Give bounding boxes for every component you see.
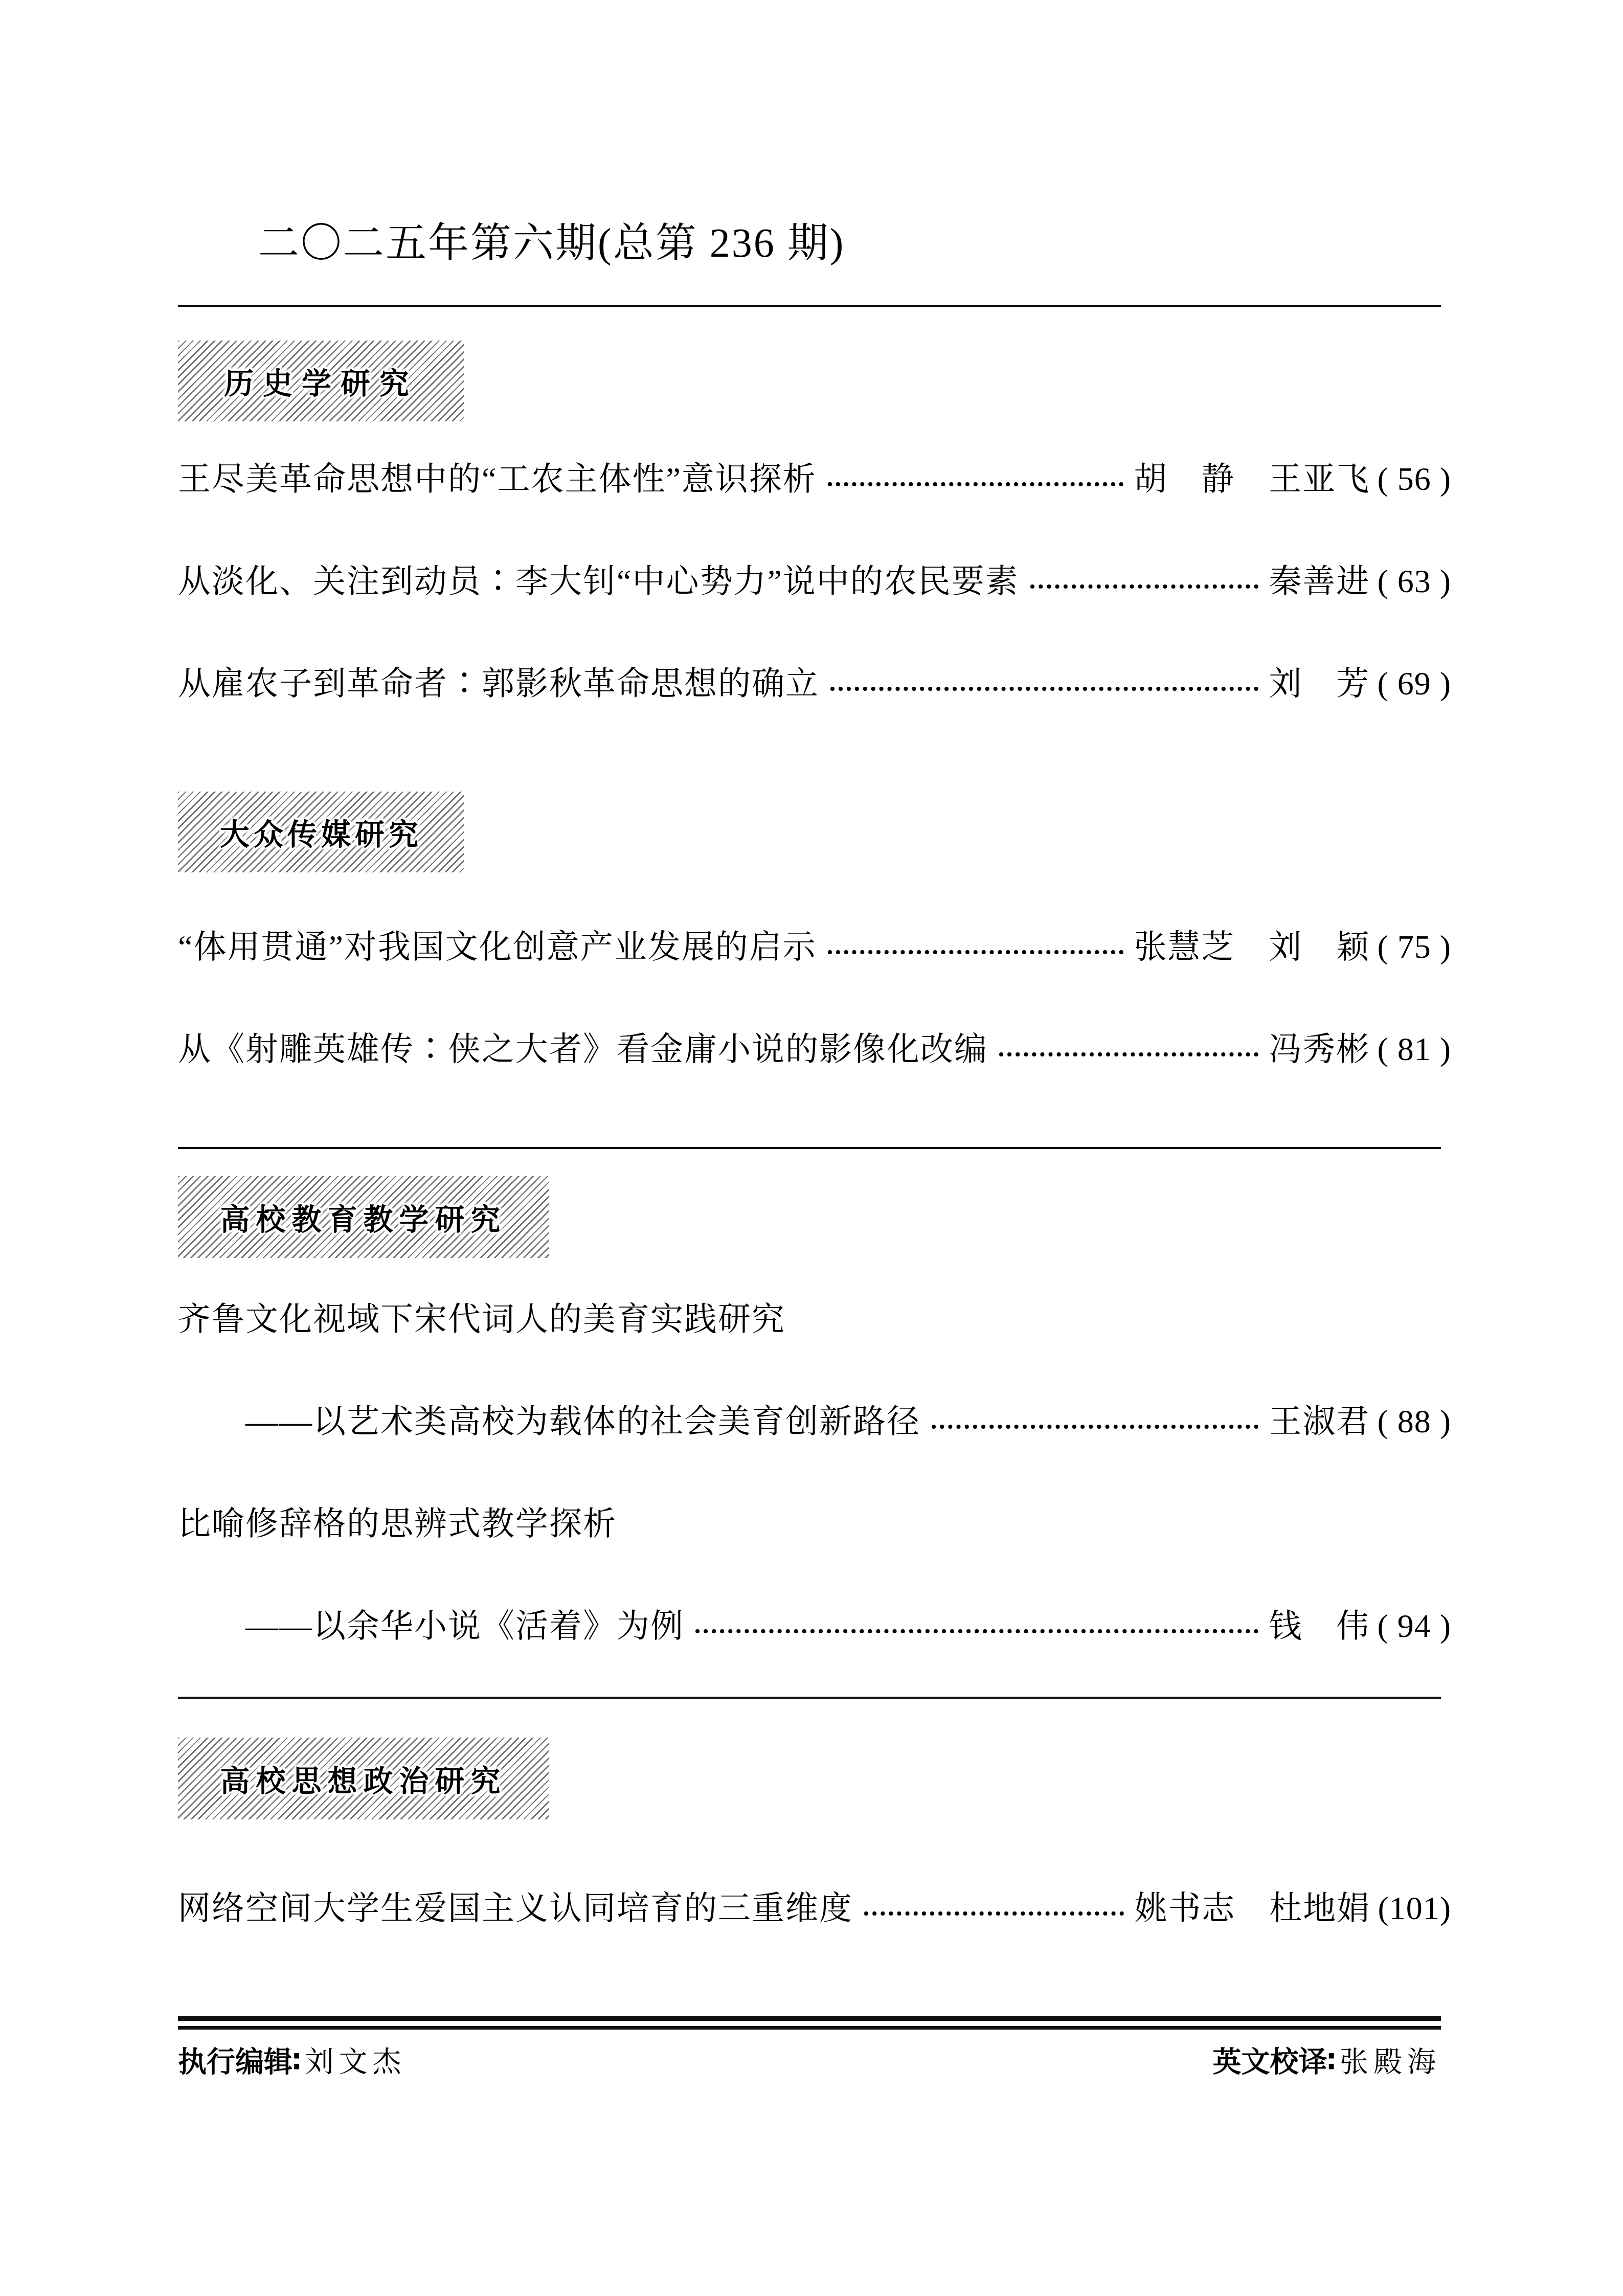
footer: 执行编辑∶刘文杰 英文校译∶张殿海 <box>178 2039 1441 2080</box>
entry-page: ( 94 ) <box>1377 1610 1451 1642</box>
section-heading-higher-education: 高校教育教学研究 <box>178 1176 549 1258</box>
toc-entry: 网络空间大学生爱国主义认同培育的三重维度 姚书志 杜地娟 (101) <box>178 1892 1451 1925</box>
journal-toc-page: 二〇二五年第六期(总第 236 期) 历史学研究 王尽美革命思想中的“工农主体性… <box>0 0 1623 2296</box>
executive-editor-name: 刘文杰 <box>305 2046 406 2078</box>
toc-entry: 从淡化、关注到动员∶李大钊“中心势力”说中的农民要素 秦善进 ( 63 ) <box>178 565 1451 598</box>
entry-title: 齐鲁文化视域下宋代词人的美育实践研究 <box>178 1303 785 1336</box>
entry-authors: 刘 芳 <box>1269 667 1370 700</box>
toc-entry: 王尽美革命思想中的“工农主体性”意识探析 胡 静 王亚飞 ( 56 ) <box>178 463 1451 496</box>
title-divider-rule <box>178 305 1441 307</box>
toc-entry: ——以余华小说《活着》为例 钱 伟 ( 94 ) <box>178 1610 1451 1642</box>
entry-title: 网络空间大学生爱国主义认同培育的三重维度 <box>178 1892 853 1925</box>
section-heading-label: 大众传媒研究 <box>220 811 422 853</box>
entry-title: 从《射雕英雄传∶侠之大者》看金庸小说的影像化改编 <box>178 1033 988 1066</box>
english-proofreader-label: 英文校译∶ <box>1213 2045 1336 2078</box>
entry-page: ( 63 ) <box>1377 565 1451 598</box>
section-heading-history: 历史学研究 <box>178 341 464 421</box>
toc-entry: 齐鲁文化视域下宋代词人的美育实践研究 <box>178 1303 1451 1336</box>
toc-entry: 从《射雕英雄传∶侠之大者》看金庸小说的影像化改编 冯秀彬 ( 81 ) <box>178 1033 1451 1066</box>
entry-page: ( 88 ) <box>1377 1405 1451 1438</box>
entry-authors: 姚书志 杜地娟 <box>1134 1892 1370 1925</box>
section-heading-label: 高校思想政治研究 <box>220 1757 506 1800</box>
toc-entry: ——以艺术类高校为载体的社会美育创新路径 王淑君 ( 88 ) <box>178 1405 1451 1438</box>
section-divider-rule <box>178 1147 1441 1149</box>
section-heading-mass-media: 大众传媒研究 <box>178 792 464 872</box>
dot-leader <box>828 472 1124 486</box>
entry-page: ( 69 ) <box>1377 667 1451 700</box>
toc-entry: 比喻修辞格的思辨式教学探析 <box>178 1507 1451 1540</box>
entry-page: ( 56 ) <box>1377 463 1451 496</box>
entry-page: ( 75 ) <box>1377 931 1451 963</box>
entry-title: “体用贯通”对我国文化创意产业发展的启示 <box>178 931 817 963</box>
section-heading-label: 历史学研究 <box>224 359 418 402</box>
entry-subtitle: ——以艺术类高校为载体的社会美育创新路径 <box>245 1405 920 1438</box>
section-heading-label: 高校教育教学研究 <box>220 1196 506 1239</box>
english-proofreader-name: 张殿海 <box>1340 2046 1441 2078</box>
footer-double-rule-top <box>178 2016 1441 2021</box>
toc-entry: “体用贯通”对我国文化创意产业发展的启示 张慧芝 刘 颖 ( 75 ) <box>178 931 1451 963</box>
dot-leader <box>830 677 1258 691</box>
executive-editor-label: 执行编辑∶ <box>178 2045 301 2078</box>
dot-leader <box>1030 574 1259 589</box>
english-proofreader: 英文校译∶张殿海 <box>1213 2039 1441 2080</box>
entry-page: ( 81 ) <box>1377 1033 1451 1066</box>
dot-leader <box>864 1901 1124 1916</box>
footer-double-rule-bottom <box>178 2026 1441 2030</box>
entry-title: 王尽美革命思想中的“工农主体性”意识探析 <box>178 463 817 496</box>
executive-editor: 执行编辑∶刘文杰 <box>178 2039 406 2080</box>
entry-authors: 钱 伟 <box>1269 1610 1370 1642</box>
dot-leader <box>828 940 1124 954</box>
issue-title: 二〇二五年第六期(总第 236 期) <box>258 219 845 268</box>
entry-authors: 张慧芝 刘 颖 <box>1134 931 1370 963</box>
section-heading-ideological-political: 高校思想政治研究 <box>178 1738 549 1819</box>
entry-authors: 王淑君 <box>1269 1405 1370 1438</box>
entry-title: 比喻修辞格的思辨式教学探析 <box>178 1507 617 1540</box>
toc-entry: 从雇农子到革命者∶郭影秋革命思想的确立 刘 芳 ( 69 ) <box>178 667 1451 700</box>
entry-authors: 秦善进 <box>1269 565 1370 598</box>
entry-authors: 冯秀彬 <box>1269 1033 1370 1066</box>
entry-authors: 胡 静 王亚飞 <box>1134 463 1370 496</box>
entry-title: 从雇农子到革命者∶郭影秋革命思想的确立 <box>178 667 819 700</box>
entry-page: (101) <box>1378 1892 1451 1925</box>
dot-leader <box>999 1042 1258 1056</box>
entry-subtitle: ——以余华小说《活着》为例 <box>245 1610 684 1642</box>
section-divider-rule <box>178 1697 1441 1699</box>
entry-title: 从淡化、关注到动员∶李大钊“中心势力”说中的农民要素 <box>178 565 1019 598</box>
dot-leader <box>695 1619 1258 1633</box>
dot-leader <box>932 1414 1258 1429</box>
